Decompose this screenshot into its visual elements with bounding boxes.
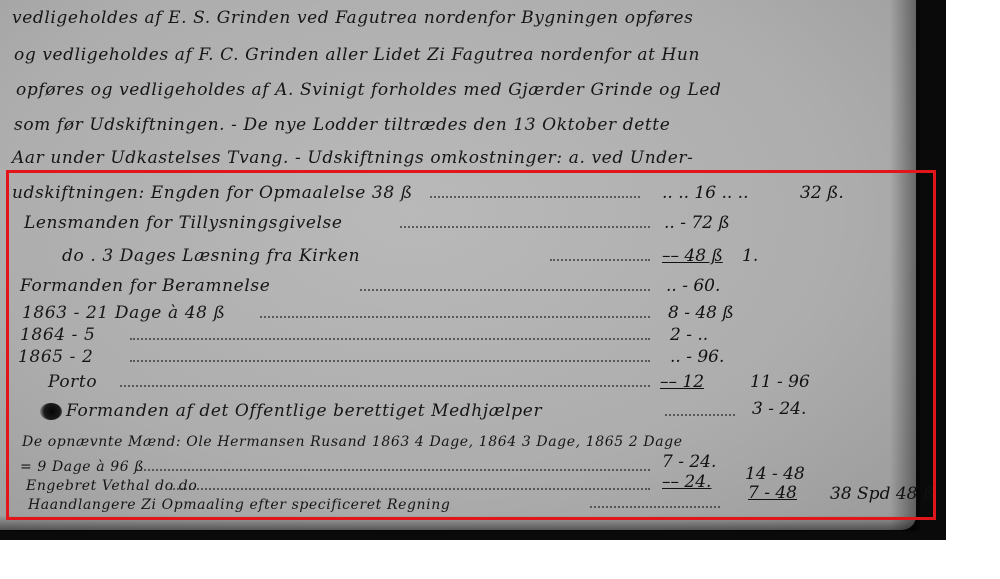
ledger-row-11-text: = 9 Dage à 96 ß: [20, 457, 144, 477]
ledger-row-13-text: Haandlangere Zi Opmaaling efter specific…: [28, 495, 450, 515]
ledger-row-1-text: udskiftningen: Engden for Opmaalelse 38 …: [12, 183, 413, 203]
paragraph-line-2: og vedligeholdes af F. C. Grinden aller …: [14, 45, 700, 65]
ledger-row-10-text: De opnævnte Mænd: Ole Hermansen Rusand 1…: [22, 432, 683, 452]
paragraph-line-3: opføres og vedligeholdes af A. Svinigt f…: [16, 80, 721, 100]
ledger-row-4-text: Formanden for Beramnelse: [20, 276, 270, 296]
leader-dots: [130, 360, 650, 362]
leader-dots: [400, 226, 650, 228]
ledger-row-13-col2: 7 - 48: [748, 483, 797, 503]
ledger-row-7-text: 1865 - 2: [18, 347, 93, 367]
paper-page: vedligeholdes af E. S. Grinden ved Fagut…: [0, 0, 916, 530]
ledger-row-1-col1: .. .. 16 .. ..: [662, 183, 748, 203]
leader-dots: [590, 506, 720, 508]
ledger-row-1-total: 32 ß.: [800, 183, 844, 203]
ledger-row-9-col2: 3 - 24.: [752, 399, 806, 419]
paragraph-line-4: som før Udskiftningen. - De nye Lodder t…: [14, 115, 670, 135]
ledger-row-3-text: do . 3 Dages Læsning fra Kirken: [62, 246, 360, 266]
ink-blot: [40, 403, 62, 420]
ledger-row-8-text: Porto: [48, 372, 97, 392]
ledger-row-12-col1: –– 24.: [662, 472, 711, 492]
paragraph-line-5: Aar under Udkastelses Tvang. - Udskiftni…: [12, 148, 694, 168]
ledger-row-6-text: 1864 - 5: [20, 325, 95, 345]
ledger-row-3-col1: –– 48 ß: [662, 246, 723, 266]
ledger-row-11-col1: 7 - 24.: [662, 452, 716, 472]
leader-dots: [260, 316, 650, 318]
leader-dots: [170, 488, 650, 490]
ledger-row-3-col2: 1.: [742, 246, 758, 266]
leader-dots: [360, 289, 650, 291]
scanned-document-frame: vedligeholdes af E. S. Grinden ved Fagut…: [0, 0, 946, 540]
leader-dots: [120, 385, 650, 387]
ledger-row-8-col2: 11 - 96: [750, 372, 810, 392]
paragraph-line-1: vedligeholdes af E. S. Grinden ved Fagut…: [12, 8, 693, 28]
ledger-row-2-col1: .. - 72 ß: [664, 213, 730, 233]
ledger-row-12-col2: 14 - 48: [745, 464, 805, 484]
ledger-row-7-col1: .. - 96.: [670, 347, 724, 367]
ledger-row-4-col1: .. - 60.: [666, 276, 720, 296]
leader-dots: [135, 469, 650, 471]
page-edge-shadow-right: [890, 0, 920, 530]
leader-dots: [430, 196, 640, 198]
ledger-row-6-col1: 2 - ..: [670, 325, 708, 345]
ledger-row-13-total: 38 Spd 48 ß: [830, 484, 934, 504]
leader-dots: [130, 338, 650, 340]
page-edge-shadow-bottom: [0, 515, 916, 531]
ledger-row-2-text: Lensmanden for Tillysningsgivelse: [24, 213, 343, 233]
ledger-row-9-text: Formanden af det Offentlige berettiget M…: [66, 401, 542, 421]
ledger-row-5-text: 1863 - 21 Dage à 48 ß: [22, 303, 226, 323]
ledger-row-8-col1: –– 12: [660, 372, 704, 392]
leader-dots: [665, 414, 735, 416]
leader-dots: [550, 259, 650, 261]
ledger-row-12-text: Engebret Vethal do do: [26, 476, 197, 496]
ledger-row-5-col1: 8 - 48 ß: [668, 303, 734, 323]
